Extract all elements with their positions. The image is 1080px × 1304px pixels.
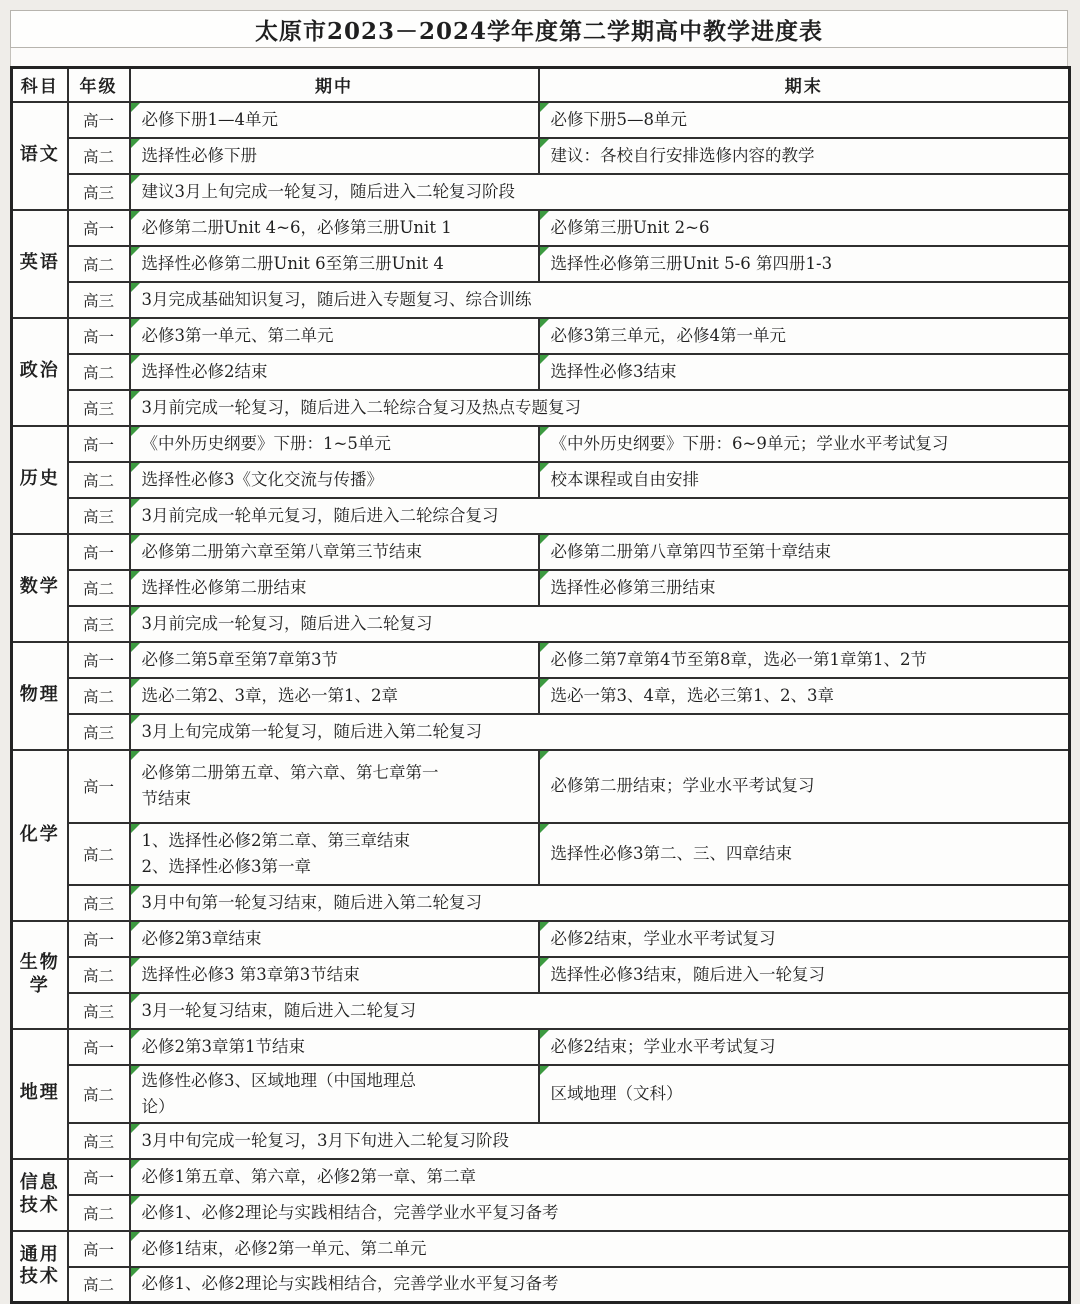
header-midterm: 期中 <box>130 68 539 102</box>
grade-cell: 高二 <box>68 957 130 993</box>
grade-cell: 高三 <box>68 885 130 921</box>
span-cell: 3月中旬完成一轮复习，3月下旬进入二轮复习阶段 <box>130 1123 1070 1159</box>
page: 太原市2023－2024学年度第二学期高中教学进度表 科目 年级 期中 期末 语… <box>0 0 1080 1296</box>
grade-cell: 高二 <box>68 1267 130 1303</box>
table-row: 高三 3月上旬完成第一轮复习，随后进入第二轮复习 <box>12 714 1070 750</box>
midterm-cell: 选择性必修3 第3章第3节结束 <box>130 957 539 993</box>
table-row: 高三 3月前完成一轮复习，随后进入二轮综合复习及热点专题复习 <box>12 390 1070 426</box>
final-cell: 校本课程或自由安排 <box>539 462 1070 498</box>
table-row: 通用 技术 高一 必修1结束，必修2第一单元、第二单元 <box>12 1231 1070 1267</box>
span-cell: 建议3月上旬完成一轮复习，随后进入二轮复习阶段 <box>130 174 1070 210</box>
table-row: 历史 高一 《中外历史纲要》下册：1~5单元 《中外历史纲要》下册：6~9单元；… <box>12 426 1070 462</box>
grade-cell: 高一 <box>68 210 130 246</box>
grade-cell: 高一 <box>68 426 130 462</box>
midterm-cell: 选择性必修3《文化交流与传播》 <box>130 462 539 498</box>
span-cell: 3月中旬第一轮复习结束，随后进入第二轮复习 <box>130 885 1070 921</box>
subject-cell: 信息 技术 <box>12 1159 68 1231</box>
table-row: 高二 选择性必修下册 建议：各校自行安排选修内容的教学 <box>12 138 1070 174</box>
table-row: 高二 选择性必修3《文化交流与传播》 校本课程或自由安排 <box>12 462 1070 498</box>
header-subject: 科目 <box>12 68 68 102</box>
span-cell: 3月上旬完成第一轮复习，随后进入第二轮复习 <box>130 714 1070 750</box>
span-cell: 3月完成基础知识复习，随后进入专题复习、综合训练 <box>130 282 1070 318</box>
table-row: 政治 高一 必修3第一单元、第二单元 必修3第三单元，必修4第一单元 <box>12 318 1070 354</box>
table-row: 高三 建议3月上旬完成一轮复习，随后进入二轮复习阶段 <box>12 174 1070 210</box>
grade-cell: 高一 <box>68 1029 130 1065</box>
final-cell: 选择性必修3结束，随后进入一轮复习 <box>539 957 1070 993</box>
table-row: 高二 必修1、必修2理论与实践相结合，完善学业水平复习备考 <box>12 1267 1070 1303</box>
grade-cell: 高一 <box>68 750 130 823</box>
midterm-cell: 必修2第3章第1节结束 <box>130 1029 539 1065</box>
page-title: 太原市2023－2024学年度第二学期高中教学进度表 <box>10 10 1068 48</box>
table-row: 语文 高一 必修下册1—4单元 必修下册5—8单元 <box>12 102 1070 138</box>
subject-cell: 化学 <box>12 750 68 921</box>
header-final: 期末 <box>539 68 1070 102</box>
table-row: 高二 必修1、必修2理论与实践相结合，完善学业水平复习备考 <box>12 1195 1070 1231</box>
grade-cell: 高一 <box>68 318 130 354</box>
midterm-cell: 必修第二册Unit 4~6，必修第三册Unit 1 <box>130 210 539 246</box>
span-cell: 3月前完成一轮复习，随后进入二轮复习 <box>130 606 1070 642</box>
grade-cell: 高三 <box>68 498 130 534</box>
subject-cell: 物理 <box>12 642 68 750</box>
table-row: 高三 3月中旬完成一轮复习，3月下旬进入二轮复习阶段 <box>12 1123 1070 1159</box>
final-cell: 选必一第3、4章，选必三第1、2、3章 <box>539 678 1070 714</box>
midterm-cell: 必修2第3章结束 <box>130 921 539 957</box>
midterm-cell: 选择性必修第二册Unit 6至第三册Unit 4 <box>130 246 539 282</box>
grade-cell: 高三 <box>68 1123 130 1159</box>
grade-cell: 高一 <box>68 534 130 570</box>
span-cell: 3月一轮复习结束，随后进入二轮复习 <box>130 993 1070 1029</box>
midterm-cell: 选择性必修第二册结束 <box>130 570 539 606</box>
span-cell: 3月前完成一轮复习，随后进入二轮综合复习及热点专题复习 <box>130 390 1070 426</box>
spacer-row <box>10 48 1068 66</box>
midterm-cell: 必修二第5章至第7章第3节 <box>130 642 539 678</box>
grade-cell: 高二 <box>68 570 130 606</box>
table-row: 物理 高一 必修二第5章至第7章第3节 必修二第7章第4节至第8章，选必一第1章… <box>12 642 1070 678</box>
table-row: 高三 3月完成基础知识复习，随后进入专题复习、综合训练 <box>12 282 1070 318</box>
final-cell: 必修3第三单元，必修4第一单元 <box>539 318 1070 354</box>
final-cell: 《中外历史纲要》下册：6~9单元；学业水平考试复习 <box>539 426 1070 462</box>
grade-cell: 高三 <box>68 993 130 1029</box>
table-row: 高二 选修性必修3、区域地理（中国地理总 论） 区域地理（文科） <box>12 1065 1070 1123</box>
grade-cell: 高二 <box>68 1065 130 1123</box>
grade-cell: 高一 <box>68 642 130 678</box>
table-row: 高二 选择性必修第二册Unit 6至第三册Unit 4 选择性必修第三册Unit… <box>12 246 1070 282</box>
table-header-row: 科目 年级 期中 期末 <box>12 68 1070 102</box>
table-row: 高三 3月前完成一轮单元复习，随后进入二轮综合复习 <box>12 498 1070 534</box>
table-row: 高二 选择性必修3 第3章第3节结束 选择性必修3结束，随后进入一轮复习 <box>12 957 1070 993</box>
subject-cell: 地理 <box>12 1029 68 1159</box>
subject-cell: 通用 技术 <box>12 1231 68 1303</box>
subject-cell: 数学 <box>12 534 68 642</box>
table-row: 信息 技术 高一 必修1第五章、第六章，必修2第一章、第二章 <box>12 1159 1070 1195</box>
grade-cell: 高一 <box>68 102 130 138</box>
grade-cell: 高二 <box>68 354 130 390</box>
grade-cell: 高二 <box>68 678 130 714</box>
final-cell: 选择性必修3第二、三、四章结束 <box>539 823 1070 885</box>
grade-cell: 高二 <box>68 246 130 282</box>
final-cell: 必修二第7章第4节至第8章，选必一第1章第1、2节 <box>539 642 1070 678</box>
midterm-cell: 必修第二册第五章、第六章、第七章第一 节结束 <box>130 750 539 823</box>
table-row: 高三 3月前完成一轮复习，随后进入二轮复习 <box>12 606 1070 642</box>
spreadsheet: 太原市2023－2024学年度第二学期高中教学进度表 科目 年级 期中 期末 语… <box>10 10 1068 1304</box>
span-cell: 3月前完成一轮单元复习，随后进入二轮综合复习 <box>130 498 1070 534</box>
grade-cell: 高三 <box>68 174 130 210</box>
grade-cell: 高一 <box>68 1231 130 1267</box>
table-row: 高三 3月中旬第一轮复习结束，随后进入第二轮复习 <box>12 885 1070 921</box>
table-row: 高二 选择性必修第二册结束 选择性必修第三册结束 <box>12 570 1070 606</box>
final-cell: 必修第二册第八章第四节至第十章结束 <box>539 534 1070 570</box>
table-row: 化学 高一 必修第二册第五章、第六章、第七章第一 节结束 必修第二册结束；学业水… <box>12 750 1070 823</box>
midterm-cell: 必修第二册第六章至第八章第三节结束 <box>130 534 539 570</box>
table-row: 高二 选必二第2、3章，选必一第1、2章 选必一第3、4章，选必三第1、2、3章 <box>12 678 1070 714</box>
midterm-cell: 1、选择性必修2第二章、第三章结束 2、选择性必修3第一章 <box>130 823 539 885</box>
midterm-cell: 选择性必修下册 <box>130 138 539 174</box>
table-row: 数学 高一 必修第二册第六章至第八章第三节结束 必修第二册第八章第四节至第十章结… <box>12 534 1070 570</box>
midterm-cell: 必修3第一单元、第二单元 <box>130 318 539 354</box>
final-cell: 区域地理（文科） <box>539 1065 1070 1123</box>
grade-cell: 高二 <box>68 138 130 174</box>
grade-cell: 高三 <box>68 390 130 426</box>
table-row: 生物 学 高一 必修2第3章结束 必修2结束，学业水平考试复习 <box>12 921 1070 957</box>
grade-cell: 高二 <box>68 462 130 498</box>
final-cell: 必修第二册结束；学业水平考试复习 <box>539 750 1070 823</box>
subject-cell: 语文 <box>12 102 68 210</box>
table-row: 高二 1、选择性必修2第二章、第三章结束 2、选择性必修3第一章 选择性必修3第… <box>12 823 1070 885</box>
span-cell: 必修1第五章、第六章，必修2第一章、第二章 <box>130 1159 1070 1195</box>
table-row: 地理 高一 必修2第3章第1节结束 必修2结束；学业水平考试复习 <box>12 1029 1070 1065</box>
span-cell: 必修1、必修2理论与实践相结合，完善学业水平复习备考 <box>130 1195 1070 1231</box>
midterm-cell: 选必二第2、3章，选必一第1、2章 <box>130 678 539 714</box>
schedule-table: 科目 年级 期中 期末 语文 高一 必修下册1—4单元 必修下册5—8单元 高二… <box>10 66 1071 1304</box>
final-cell: 选择性必修第三册结束 <box>539 570 1070 606</box>
grade-cell: 高三 <box>68 714 130 750</box>
midterm-cell: 《中外历史纲要》下册：1~5单元 <box>130 426 539 462</box>
midterm-cell: 选修性必修3、区域地理（中国地理总 论） <box>130 1065 539 1123</box>
final-cell: 必修下册5—8单元 <box>539 102 1070 138</box>
grade-cell: 高二 <box>68 1195 130 1231</box>
grade-cell: 高三 <box>68 282 130 318</box>
header-grade: 年级 <box>68 68 130 102</box>
table-row: 高三 3月一轮复习结束，随后进入二轮复习 <box>12 993 1070 1029</box>
subject-cell: 生物 学 <box>12 921 68 1029</box>
table-row: 高二 选择性必修2结束 选择性必修3结束 <box>12 354 1070 390</box>
midterm-cell: 选择性必修2结束 <box>130 354 539 390</box>
span-cell: 必修1、必修2理论与实践相结合，完善学业水平复习备考 <box>130 1267 1070 1303</box>
final-cell: 必修2结束；学业水平考试复习 <box>539 1029 1070 1065</box>
table-row: 英语 高一 必修第二册Unit 4~6，必修第三册Unit 1 必修第三册Uni… <box>12 210 1070 246</box>
span-cell: 必修1结束，必修2第一单元、第二单元 <box>130 1231 1070 1267</box>
subject-cell: 历史 <box>12 426 68 534</box>
final-cell: 选择性必修第三册Unit 5-6 第四册1-3 <box>539 246 1070 282</box>
final-cell: 建议：各校自行安排选修内容的教学 <box>539 138 1070 174</box>
grade-cell: 高三 <box>68 606 130 642</box>
final-cell: 选择性必修3结束 <box>539 354 1070 390</box>
grade-cell: 高一 <box>68 1159 130 1195</box>
grade-cell: 高一 <box>68 921 130 957</box>
final-cell: 必修2结束，学业水平考试复习 <box>539 921 1070 957</box>
subject-cell: 英语 <box>12 210 68 318</box>
subject-cell: 政治 <box>12 318 68 426</box>
midterm-cell: 必修下册1—4单元 <box>130 102 539 138</box>
grade-cell: 高二 <box>68 823 130 885</box>
final-cell: 必修第三册Unit 2~6 <box>539 210 1070 246</box>
